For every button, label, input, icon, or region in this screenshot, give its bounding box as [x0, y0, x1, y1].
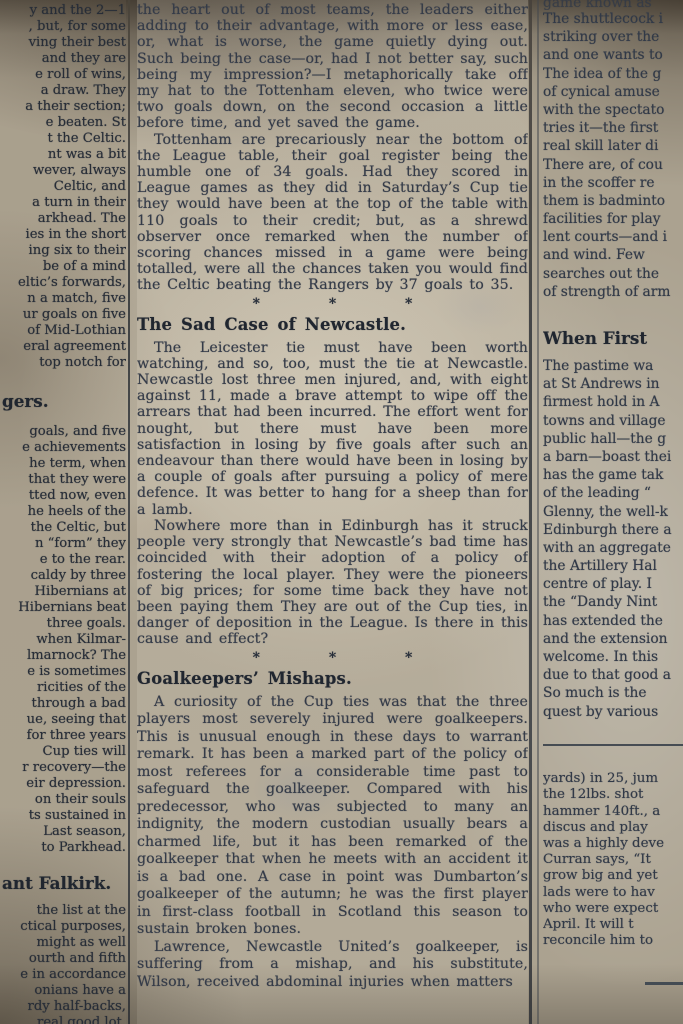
column-line: centre of play. I [543, 575, 683, 593]
column-line: with an aggregate [543, 539, 683, 557]
column-line: reconcile him to [543, 933, 683, 949]
column-line: eral agreement [0, 339, 126, 355]
column-line: who were expect [543, 901, 683, 917]
column-line: Hibernians at [0, 584, 126, 600]
column-line: wever, always [0, 163, 126, 179]
column-rule-left [128, 0, 130, 1024]
column-line: tries it—the first [543, 119, 683, 137]
column-line: hammer 140ft., a [543, 804, 683, 820]
column-line: ing six to their [0, 243, 126, 259]
column-line: striking over the [543, 28, 683, 46]
column-line: quest by various [543, 703, 683, 721]
column-line: he term, when [0, 456, 126, 472]
left-heading-falkirk: ant Falkirk. [0, 872, 126, 894]
column-line: eltic’s forwards, [0, 275, 126, 291]
column-rule-right-outer [529, 0, 532, 1024]
column-line: and the extension [543, 630, 683, 648]
column-line: , but, for some [0, 19, 126, 35]
column-line: lent courts—and i [543, 228, 683, 246]
horizontal-rule-short [645, 982, 683, 985]
column-line: three goals. [0, 616, 126, 632]
column-line: due to that good a [543, 666, 683, 684]
column-line: the “Dandy Nint [543, 593, 683, 611]
column-line: discus and play [543, 820, 683, 836]
separator-stars: * * * [137, 294, 528, 314]
left-lines-top: y and the 2—1, but, for someving their b… [0, 3, 126, 371]
column-line: y and the 2—1 [0, 3, 126, 19]
column-line: ue, seeing that [0, 712, 126, 728]
column-line: of strength of arm [543, 283, 683, 301]
column-line: them is badminto [543, 192, 683, 210]
column-line: e achievements [0, 440, 126, 456]
article-paragraph: Tottenham are precariously near the bott… [137, 132, 528, 294]
column-line: goals, and five [0, 424, 126, 440]
column-line: There are, of cou [543, 156, 683, 174]
column-line: to Parkhead. [0, 840, 126, 856]
newspaper-page: y and the 2—1, but, for someving their b… [0, 0, 683, 1024]
column-line: has the game tak [543, 466, 683, 484]
column-line: onians have a [0, 983, 126, 999]
column-line: t the Celtic. [0, 131, 126, 147]
column-line: e roll of wins, [0, 67, 126, 83]
section-heading-goalkeepers: Goalkeepers’ Mishaps. [137, 668, 528, 690]
column-line: the 12lbs. shot [543, 787, 683, 803]
horizontal-rule [543, 744, 683, 747]
column-line: on their souls [0, 792, 126, 808]
column-line: lads were to hav [543, 885, 683, 901]
article-paragraph: Nowhere more than in Edinburgh has it st… [137, 518, 528, 648]
column-line: ctical purposes, [0, 919, 126, 935]
column-line: the Artillery Hal [543, 557, 683, 575]
right-lines-bottom: yards) in 25, jumthe 12lbs. shothammer 1… [543, 771, 683, 949]
column-line: Curran says, “It [543, 852, 683, 868]
column-line: ving their best [0, 35, 126, 51]
column-line: game known as [543, 0, 683, 10]
column-line: ur goals on five [0, 307, 126, 323]
column-line: eir depression. [0, 776, 126, 792]
left-column: y and the 2—1, but, for someving their b… [0, 0, 126, 1024]
column-line: at St Andrews in [543, 375, 683, 393]
column-line: So much is the [543, 684, 683, 702]
column-line: a turn in their [0, 195, 126, 211]
left-lines-bottom: the list at thectical purposes,might as … [0, 903, 126, 1024]
column-line: tted now, even [0, 488, 126, 504]
column-line: Glenny, the well-k [543, 503, 683, 521]
column-line: a their section; [0, 99, 126, 115]
column-line: and wind. Few [543, 246, 683, 264]
left-lines-mid: goals, and fivee achievementshe term, wh… [0, 424, 126, 856]
column-line: the list at the [0, 903, 126, 919]
column-line: of the leading “ [543, 484, 683, 502]
article-paragraph: the heart out of most teams, the leaders… [137, 2, 528, 132]
column-line: that they were [0, 472, 126, 488]
column-line: a draw. They [0, 83, 126, 99]
column-line: Last season, [0, 824, 126, 840]
column-line: top notch for [0, 355, 126, 371]
separator-stars: * * * [137, 648, 528, 668]
middle-column: the heart out of most teams, the leaders… [137, 0, 528, 1024]
column-line: be of a mind [0, 259, 126, 275]
column-line: he heels of the [0, 504, 126, 520]
column-line: for three years [0, 728, 126, 744]
article-paragraph: Lawrence, Newcastle United’s goalkeeper,… [137, 939, 528, 992]
column-line: caldy by three [0, 568, 126, 584]
column-line: r recovery—the [0, 760, 126, 776]
column-line: real good lot, [0, 1015, 126, 1024]
column-line: searches out the [543, 265, 683, 283]
column-line: in the scoffer re [543, 174, 683, 192]
column-line: n a match, five [0, 291, 126, 307]
column-line: Cup ties will [0, 744, 126, 760]
left-heading-rangers: gers. [0, 390, 126, 412]
column-line: grow big and yet [543, 868, 683, 884]
column-line: was a highly deve [543, 836, 683, 852]
column-line: nt was a bit [0, 147, 126, 163]
column-line: of Mid-Lothian [0, 323, 126, 339]
column-line: welcome. In this [543, 648, 683, 666]
column-line: The pastime wa [543, 357, 683, 375]
column-line: e to the rear. [0, 552, 126, 568]
column-line: Hibernians beat [0, 600, 126, 616]
column-line: lmarnock? The [0, 648, 126, 664]
column-line: e beaten. St [0, 115, 126, 131]
column-line: the Celtic, but [0, 520, 126, 536]
column-line: Edinburgh there a [543, 521, 683, 539]
right-column: game known asThe shuttlecock istriking o… [543, 0, 683, 1024]
column-line: ricities of the [0, 680, 126, 696]
column-line: towns and village [543, 412, 683, 430]
article-paragraph: A curiosity of the Cup ties was that the… [137, 694, 528, 939]
column-line: Celtic, and [0, 179, 126, 195]
article-paragraph: The Leicester tie must have been worth w… [137, 340, 528, 518]
column-line: real skill later di [543, 137, 683, 155]
column-line: e is sometimes [0, 664, 126, 680]
column-line: a barn—boast thei [543, 448, 683, 466]
column-line: The shuttlecock i [543, 10, 683, 28]
column-line: ts sustained in [0, 808, 126, 824]
column-line: might as well [0, 935, 126, 951]
column-line: firmest hold in A [543, 393, 683, 411]
column-line: yards) in 25, jum [543, 771, 683, 787]
column-line: with the spectato [543, 101, 683, 119]
column-line: arkhead. The [0, 211, 126, 227]
column-line: through a bad [0, 696, 126, 712]
column-line: and one wants to [543, 46, 683, 64]
column-line: public hall—the g [543, 430, 683, 448]
column-line: when Kilmar- [0, 632, 126, 648]
column-line: rdy half-backs, [0, 999, 126, 1015]
column-line: of cynical amuse [543, 83, 683, 101]
column-line: and they are [0, 51, 126, 67]
column-line: ies in the short [0, 227, 126, 243]
column-line: e in accordance [0, 967, 126, 983]
column-line: The idea of the g [543, 65, 683, 83]
column-line: n “form” they [0, 536, 126, 552]
column-line: April. It will t [543, 917, 683, 933]
section-heading-newcastle: The Sad Case of Newcastle. [137, 314, 528, 336]
right-heading-when-first: When First [543, 327, 683, 349]
column-line: has extended the [543, 612, 683, 630]
right-lines-mid: The pastime waat St Andrews infirmest ho… [543, 357, 683, 721]
column-line: ourth and fifth [0, 951, 126, 967]
column-rule-right-inner [537, 0, 539, 1024]
column-line: facilities for play [543, 210, 683, 228]
right-lines-top: game known asThe shuttlecock istriking o… [543, 0, 683, 301]
